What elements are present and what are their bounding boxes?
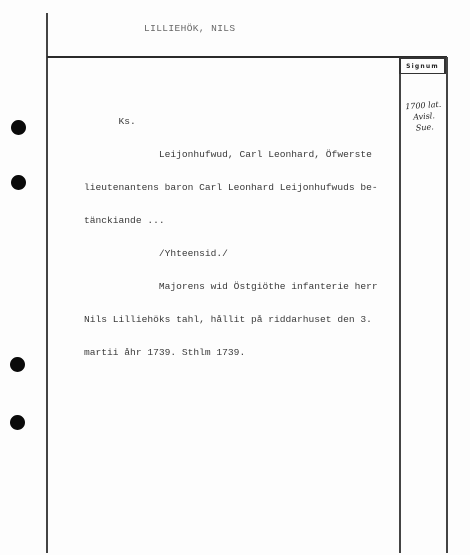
body-line: /Yhteensid./ [84,248,398,259]
punch-hole-4 [10,415,25,430]
body-line: Leijonhufwud, Carl Leonhard, Öfwerste [84,149,398,160]
punch-hole-2 [11,175,26,190]
left-margin-line [46,13,48,553]
body-line: tänckiande ... [84,215,398,226]
punch-hole-1 [11,120,26,135]
body-line: Ks. [84,116,398,127]
heading-rule [47,56,447,58]
signum-handwritten-note: 1700 lat. Avisl. Sue. [400,98,448,134]
signum-column-left-line [399,57,401,553]
card-body: Ks. Leijonhufwud, Carl Leonhard, Öfwerst… [84,94,398,380]
signum-header: Signum [399,57,446,74]
body-line: Majorens wid Östgiöthe infanterie herr [84,281,398,292]
card-heading: LILLIEHÖK, NILS [144,23,236,34]
signum-label: Signum [406,63,439,70]
signum-note-line: Sue. [401,120,448,134]
body-line: lieutenantens baron Carl Leonhard Leijon… [84,182,398,193]
body-line: martii åhr 1739. Sthlm 1739. [84,347,398,358]
punch-hole-3 [10,357,25,372]
catalog-card: LILLIEHÖK, NILS Signum 1700 lat. Avisl. … [0,0,470,555]
body-line: Nils Lilliehöks tahl, hållit på riddarhu… [84,314,398,325]
